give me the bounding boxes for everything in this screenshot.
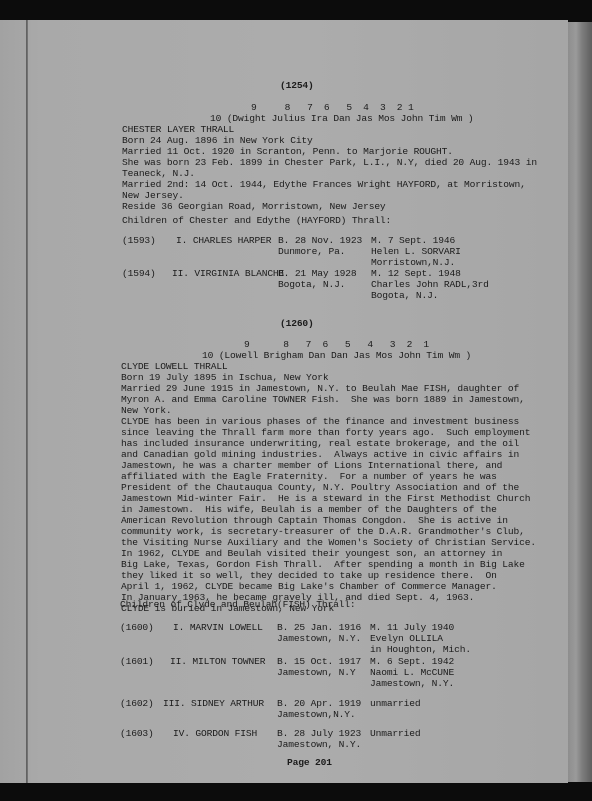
child-marriage: Jamestown, N.Y.	[370, 678, 454, 689]
bio-line: Married 11 Oct. 1920 in Scranton, Penn. …	[122, 146, 453, 157]
child-marriage: M. 12 Sept. 1948	[371, 268, 461, 279]
child-id: (1594)	[122, 268, 156, 279]
lineage-line: 10 (Lowell Brigham Dan Dan Jas Mos John …	[202, 350, 471, 361]
bio-line: American Revolution through Captain Thom…	[121, 515, 508, 526]
child-name: II. MILTON TOWNER	[170, 656, 265, 667]
ref-number-1260: (1260)	[280, 318, 314, 329]
child-birth: Jamestown, N.Y	[277, 667, 356, 678]
lineage-line: 10 (Dwight Julius Ira Dan Jas Mos John T…	[210, 113, 474, 124]
child-birth: Jamestown,N.Y.	[277, 709, 356, 720]
bio-line: and Canadian gold mining industries. Alw…	[121, 449, 519, 460]
bio-line: in Jamestown. His wife, Beulah is a memb…	[121, 504, 497, 515]
child-birth: Jamestown, N.Y.	[277, 633, 361, 644]
bio-line: CLYDE has been in various phases of the …	[121, 416, 519, 427]
bio-line: Jamestown Mid-winter Fair. He is a stewa…	[121, 493, 530, 504]
ref-number-1254: (1254)	[280, 80, 314, 91]
bio-line: Jamestown, he was a charter member of Li…	[121, 460, 502, 471]
bio-line: the Visiting Nurse Auxiliary and the Wom…	[121, 537, 536, 548]
child-marriage: Naomi L. McCUNE	[370, 667, 454, 678]
bio-line: Married 29 June 1915 in Jamestown, N.Y. …	[121, 383, 519, 394]
children-heading: Children of Clyde and Beulah(FISH) Thral…	[120, 599, 356, 610]
child-marriage: M. 11 July 1940	[370, 622, 454, 633]
bio-line: Big Lake, Texas, Gordon Fish Thrall. Aft…	[121, 559, 525, 570]
child-marriage: Morristown,N.J.	[371, 257, 455, 268]
bio-line: Reside 36 Georgian Road, Morristown, New…	[122, 201, 386, 212]
child-birth: B. 15 Oct. 1917	[277, 656, 361, 667]
child-marriage: unmarried	[370, 698, 420, 709]
child-birth: Jamestown, N.Y.	[277, 739, 361, 750]
child-birth: B. 28 July 1923	[277, 728, 361, 739]
bio-line: affiliated with the Eagle Fraternity. Fo…	[121, 471, 497, 482]
bio-line: New York.	[121, 405, 171, 416]
child-id: (1602)	[120, 698, 154, 709]
child-name: I. CHARLES HARPER	[176, 235, 271, 246]
bio-line: they liked it so well, they decided to t…	[121, 570, 497, 581]
child-name: I. MARVIN LOWELL	[173, 622, 263, 633]
child-name: IV. GORDON FISH	[173, 728, 257, 739]
child-birth: B. 25 Jan. 1916	[277, 622, 361, 633]
child-name: III. SIDNEY ARTHUR	[163, 698, 264, 709]
child-id: (1601)	[120, 656, 154, 667]
child-birth: Dunmore, Pa.	[278, 246, 345, 257]
child-marriage: Unmarried	[370, 728, 420, 739]
page-number: Page 201	[287, 757, 332, 768]
binding-gutter	[26, 20, 28, 783]
child-marriage: M. 7 Sept. 1946	[371, 235, 455, 246]
bio-line: Married 2nd: 14 Oct. 1944, Edythe France…	[122, 179, 526, 190]
child-name: II. VIRGINIA BLANCHE	[172, 268, 284, 279]
child-birth: B. 28 Nov. 1923	[278, 235, 362, 246]
child-birth: B. 21 May 1928	[278, 268, 357, 279]
child-id: (1593)	[122, 235, 156, 246]
bio-line: New Jersey.	[122, 190, 184, 201]
child-id: (1600)	[120, 622, 154, 633]
child-marriage: M. 6 Sept. 1942	[370, 656, 454, 667]
bio-line: Born 24 Aug. 1896 in New York City	[122, 135, 313, 146]
generation-numbers: 9 8 7 6 5 4 3 2 1	[251, 102, 414, 113]
person-name: CLYDE LOWELL THRALL	[121, 361, 228, 372]
child-marriage: Helen L. SORVARI	[371, 246, 461, 257]
child-id: (1603)	[120, 728, 154, 739]
bio-line: President of the Chautauqua County, N.Y.…	[121, 482, 519, 493]
bio-line: Teaneck, N.J.	[122, 168, 195, 179]
person-name: CHESTER LAYER THRALL	[122, 124, 234, 135]
bio-line: community work, is secretary-treasurer o…	[121, 526, 525, 537]
bio-line: has included insurance underwriting, rea…	[121, 438, 519, 449]
child-birth: Bogota, N.J.	[278, 279, 345, 290]
child-marriage: Charles John RADL,3rd	[371, 279, 489, 290]
generation-numbers: 9 8 7 6 5 4 3 2 1	[244, 339, 429, 350]
children-heading: Children of Chester and Edythe (HAYFORD)…	[122, 215, 391, 226]
bio-line: In 1962, CLYDE and Beulah visited their …	[121, 548, 502, 559]
child-birth: B. 20 Apr. 1919	[277, 698, 361, 709]
bio-line: since leaving the Thrall farm more than …	[121, 427, 530, 438]
child-marriage: in Houghton, Mich.	[370, 644, 471, 655]
child-marriage: Bogota, N.J.	[371, 290, 438, 301]
child-marriage: Evelyn OLLILA	[370, 633, 443, 644]
bio-line: Born 19 July 1895 in Ischua, New York	[121, 372, 328, 383]
bio-line: April 1, 1962, CLYDE became Big Lake's C…	[121, 581, 497, 592]
bio-line: Myron A. and Emma Caroline TOWNER Fish. …	[121, 394, 525, 405]
bio-line: She was born 23 Feb. 1899 in Chester Par…	[122, 157, 537, 168]
page-edge	[568, 22, 592, 782]
